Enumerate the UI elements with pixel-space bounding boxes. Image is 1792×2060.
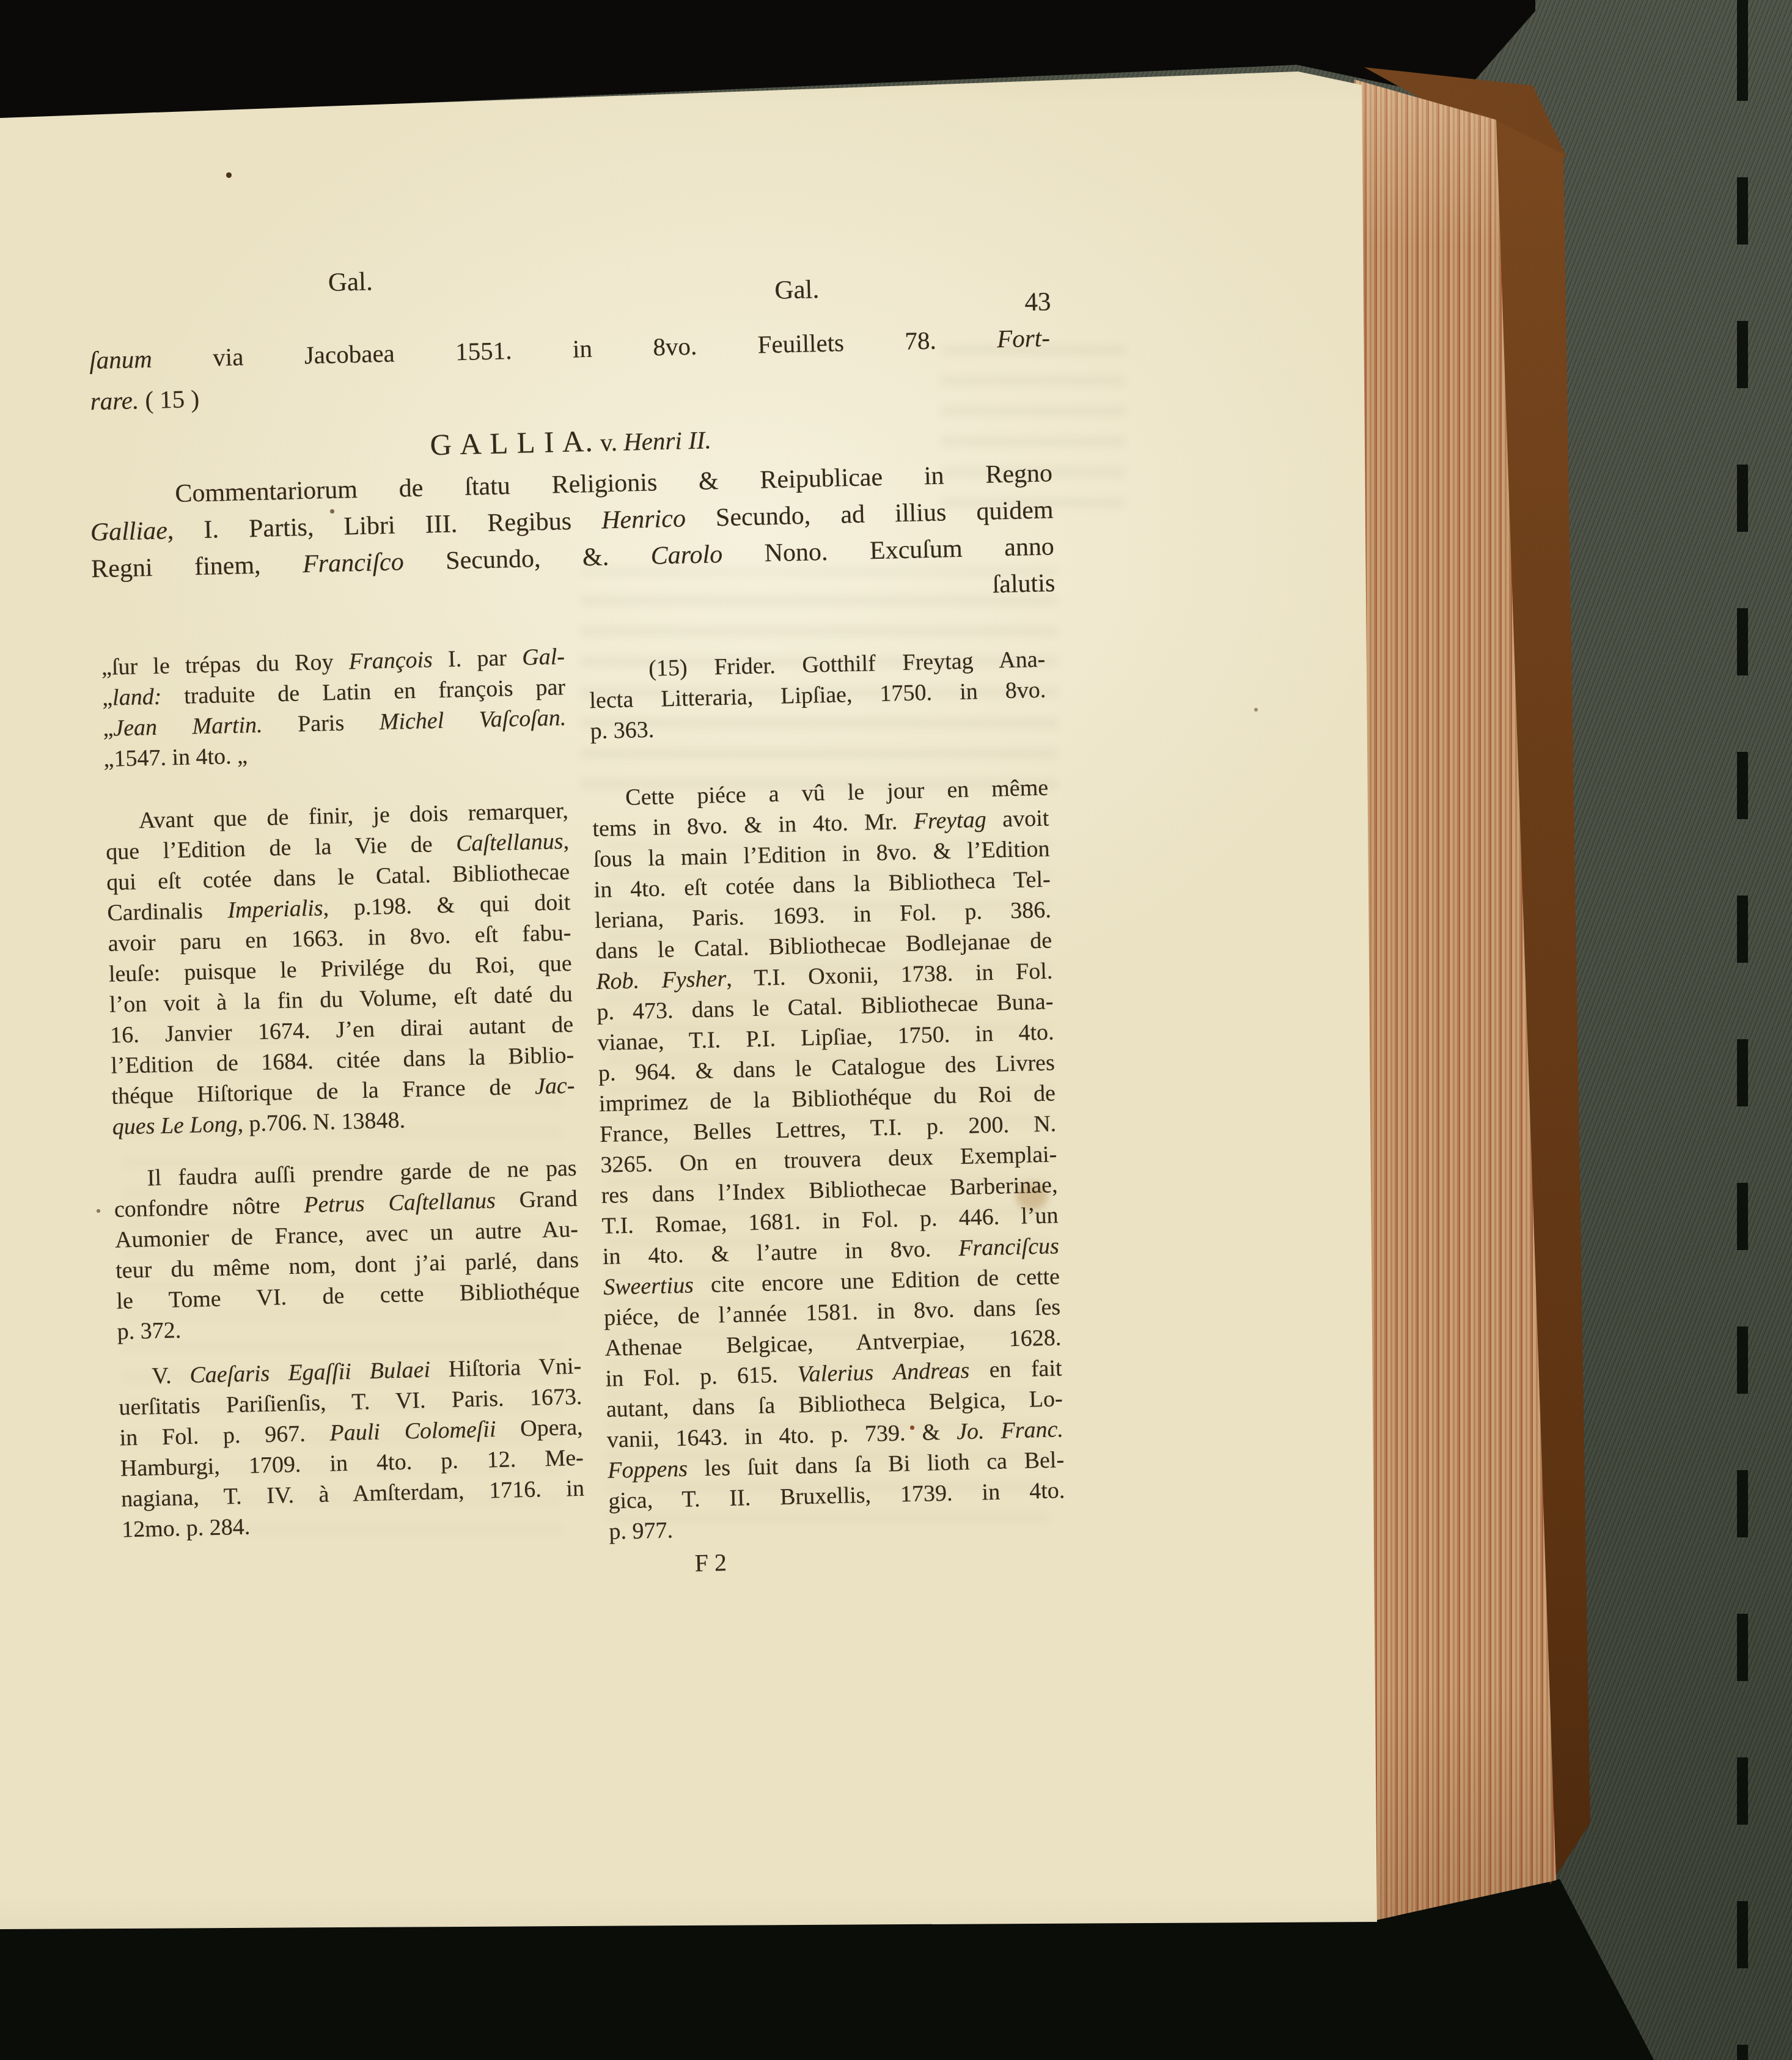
body-paragraph: Cette piéce a vû le jour en mêmetems in … bbox=[592, 773, 1066, 1547]
body-paragraph: V. Caeſaris Egaſſii Bulaei Hiſtoria Vni-… bbox=[118, 1351, 586, 1545]
body-paragraph: Avant que de finir, je dois remarquer,qu… bbox=[105, 795, 576, 1142]
quote-paragraph: „ſur le trépas du Roy François I. par Ga… bbox=[101, 641, 567, 774]
footnote-paragraph: (15) Frider. Gotthilf Freytag Ana-lecta … bbox=[589, 644, 1047, 747]
right-column: (15) Frider. Gotthilf Freytag Ana-lecta … bbox=[573, 0, 1078, 2048]
scanned-book-photo: Gal. Gal. 43 ſanum via Jacobaea 1551. in… bbox=[0, 0, 1792, 2060]
signature-mark: F 2 bbox=[658, 1547, 763, 1578]
body-paragraph: Il faudra auſſi prendre garde de ne pasc… bbox=[113, 1153, 581, 1347]
right-stitch-seam bbox=[1737, 0, 1748, 2060]
left-column: „ſur le trépas du Roy François I. par Ga… bbox=[86, 0, 597, 2059]
